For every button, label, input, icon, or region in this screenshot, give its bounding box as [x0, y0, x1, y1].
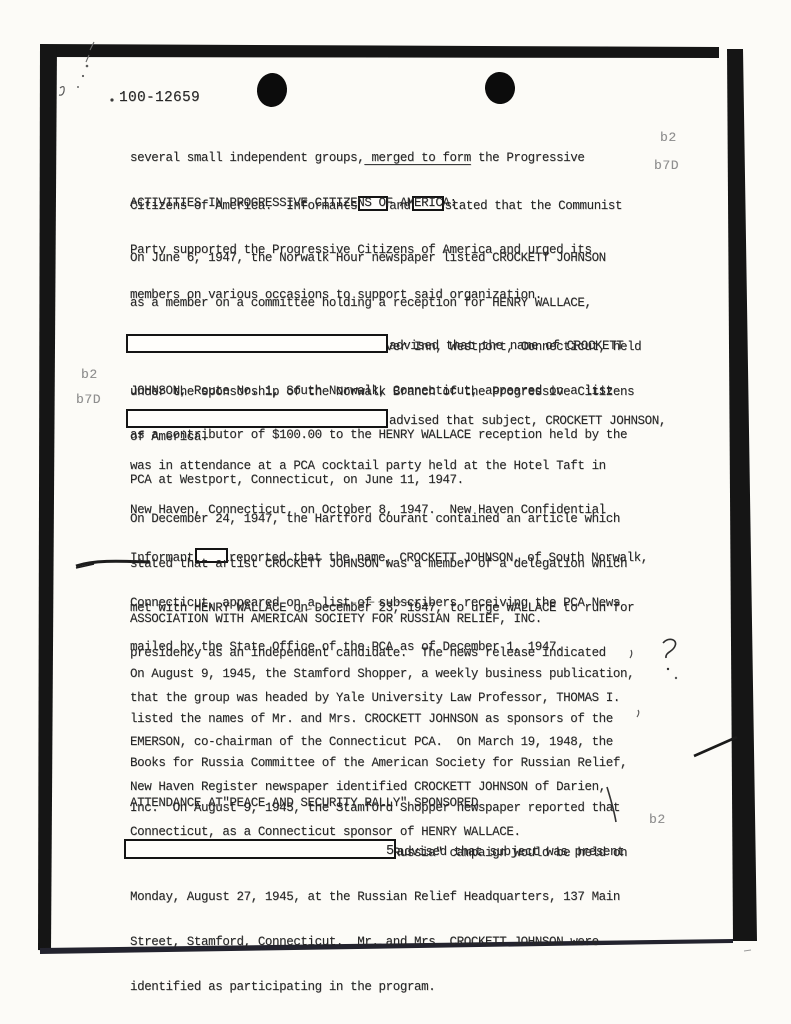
pen-mark [637, 710, 639, 717]
frame-top-bar [40, 44, 719, 58]
pencil-mark [86, 42, 94, 62]
scanned-document-page: 100-12659 b2 b7D b2 b7D b2 several small… [0, 0, 791, 1024]
text-segment: advised that subject, CROCKETT JOHNSON, [389, 414, 666, 428]
frame-left-bar [38, 44, 57, 951]
redaction-box [126, 409, 388, 428]
pen-dot [667, 668, 669, 670]
file-number: 100-12659 [119, 91, 200, 106]
text-segment: advised that subject was present [397, 845, 624, 859]
section-heading: ASSOCIATION WITH AMERICAN SOCIETY FOR RU… [130, 612, 542, 627]
text-line: Monday, August 27, 1945, at the Russian … [130, 890, 634, 905]
classification-code-b2: b2 [660, 130, 677, 145]
pencil-dot [110, 98, 113, 101]
frame-right-bar [727, 49, 757, 941]
classification-code-b2: b2 [649, 812, 666, 827]
pen-dot [675, 677, 677, 679]
text-line: advised that the name of CROCKETT [130, 334, 627, 354]
pen-strike-mark [76, 564, 94, 568]
classification-code-b2: b2 [81, 367, 98, 382]
text-segment: stated that the Communist [445, 199, 623, 213]
paragraph: advised that subject was present [130, 809, 624, 890]
page-number: 5 [386, 845, 394, 860]
text-line: On June 6, 1947, the Norwalk Hour newspa… [130, 251, 641, 266]
pencil-dot [82, 75, 84, 77]
pencil-dot [86, 65, 89, 68]
text-line: listed the names of Mr. and Mrs. CROCKET… [130, 712, 634, 727]
hole-punch-icon [484, 71, 517, 105]
text-segment: several small independent groups, [130, 151, 364, 165]
hole-punch-icon [255, 71, 289, 108]
text-segment: the Progressive [471, 151, 585, 165]
text-line: was in attendance at a PCA cocktail part… [130, 459, 666, 474]
redaction-box [124, 839, 396, 859]
redaction-box [126, 334, 388, 353]
text-line: Street, Stamford, Connecticut. Mr. and M… [130, 935, 634, 950]
text-line: advised that subject was present [130, 839, 624, 860]
pencil-dot [77, 86, 79, 88]
text-segment: advised that the name of CROCKETT [389, 339, 623, 353]
text-line: On August 9, 1945, the Stamford Shopper,… [130, 667, 634, 682]
text-line: On December 24, 1947, the Hartford Coura… [130, 512, 634, 527]
section-heading: ACTIVITIES IN PROGRESSIVE CITIZENS OF AM… [130, 196, 457, 211]
classification-code-b7d: b7D [76, 392, 101, 407]
pencil-mark [59, 87, 64, 96]
text-line: identified as participating in the progr… [130, 980, 634, 995]
pen-stroke [694, 737, 737, 756]
text-line: advised that subject, CROCKETT JOHNSON, [130, 409, 666, 429]
text-line: stated that artist CROCKETT JOHNSON was … [130, 557, 634, 572]
underlined-text-segment: merged to form [364, 151, 471, 165]
classification-code-b7d: b7D [654, 158, 679, 173]
pencil-mark [744, 950, 751, 951]
text-line: several small independent groups, merged… [130, 151, 622, 166]
